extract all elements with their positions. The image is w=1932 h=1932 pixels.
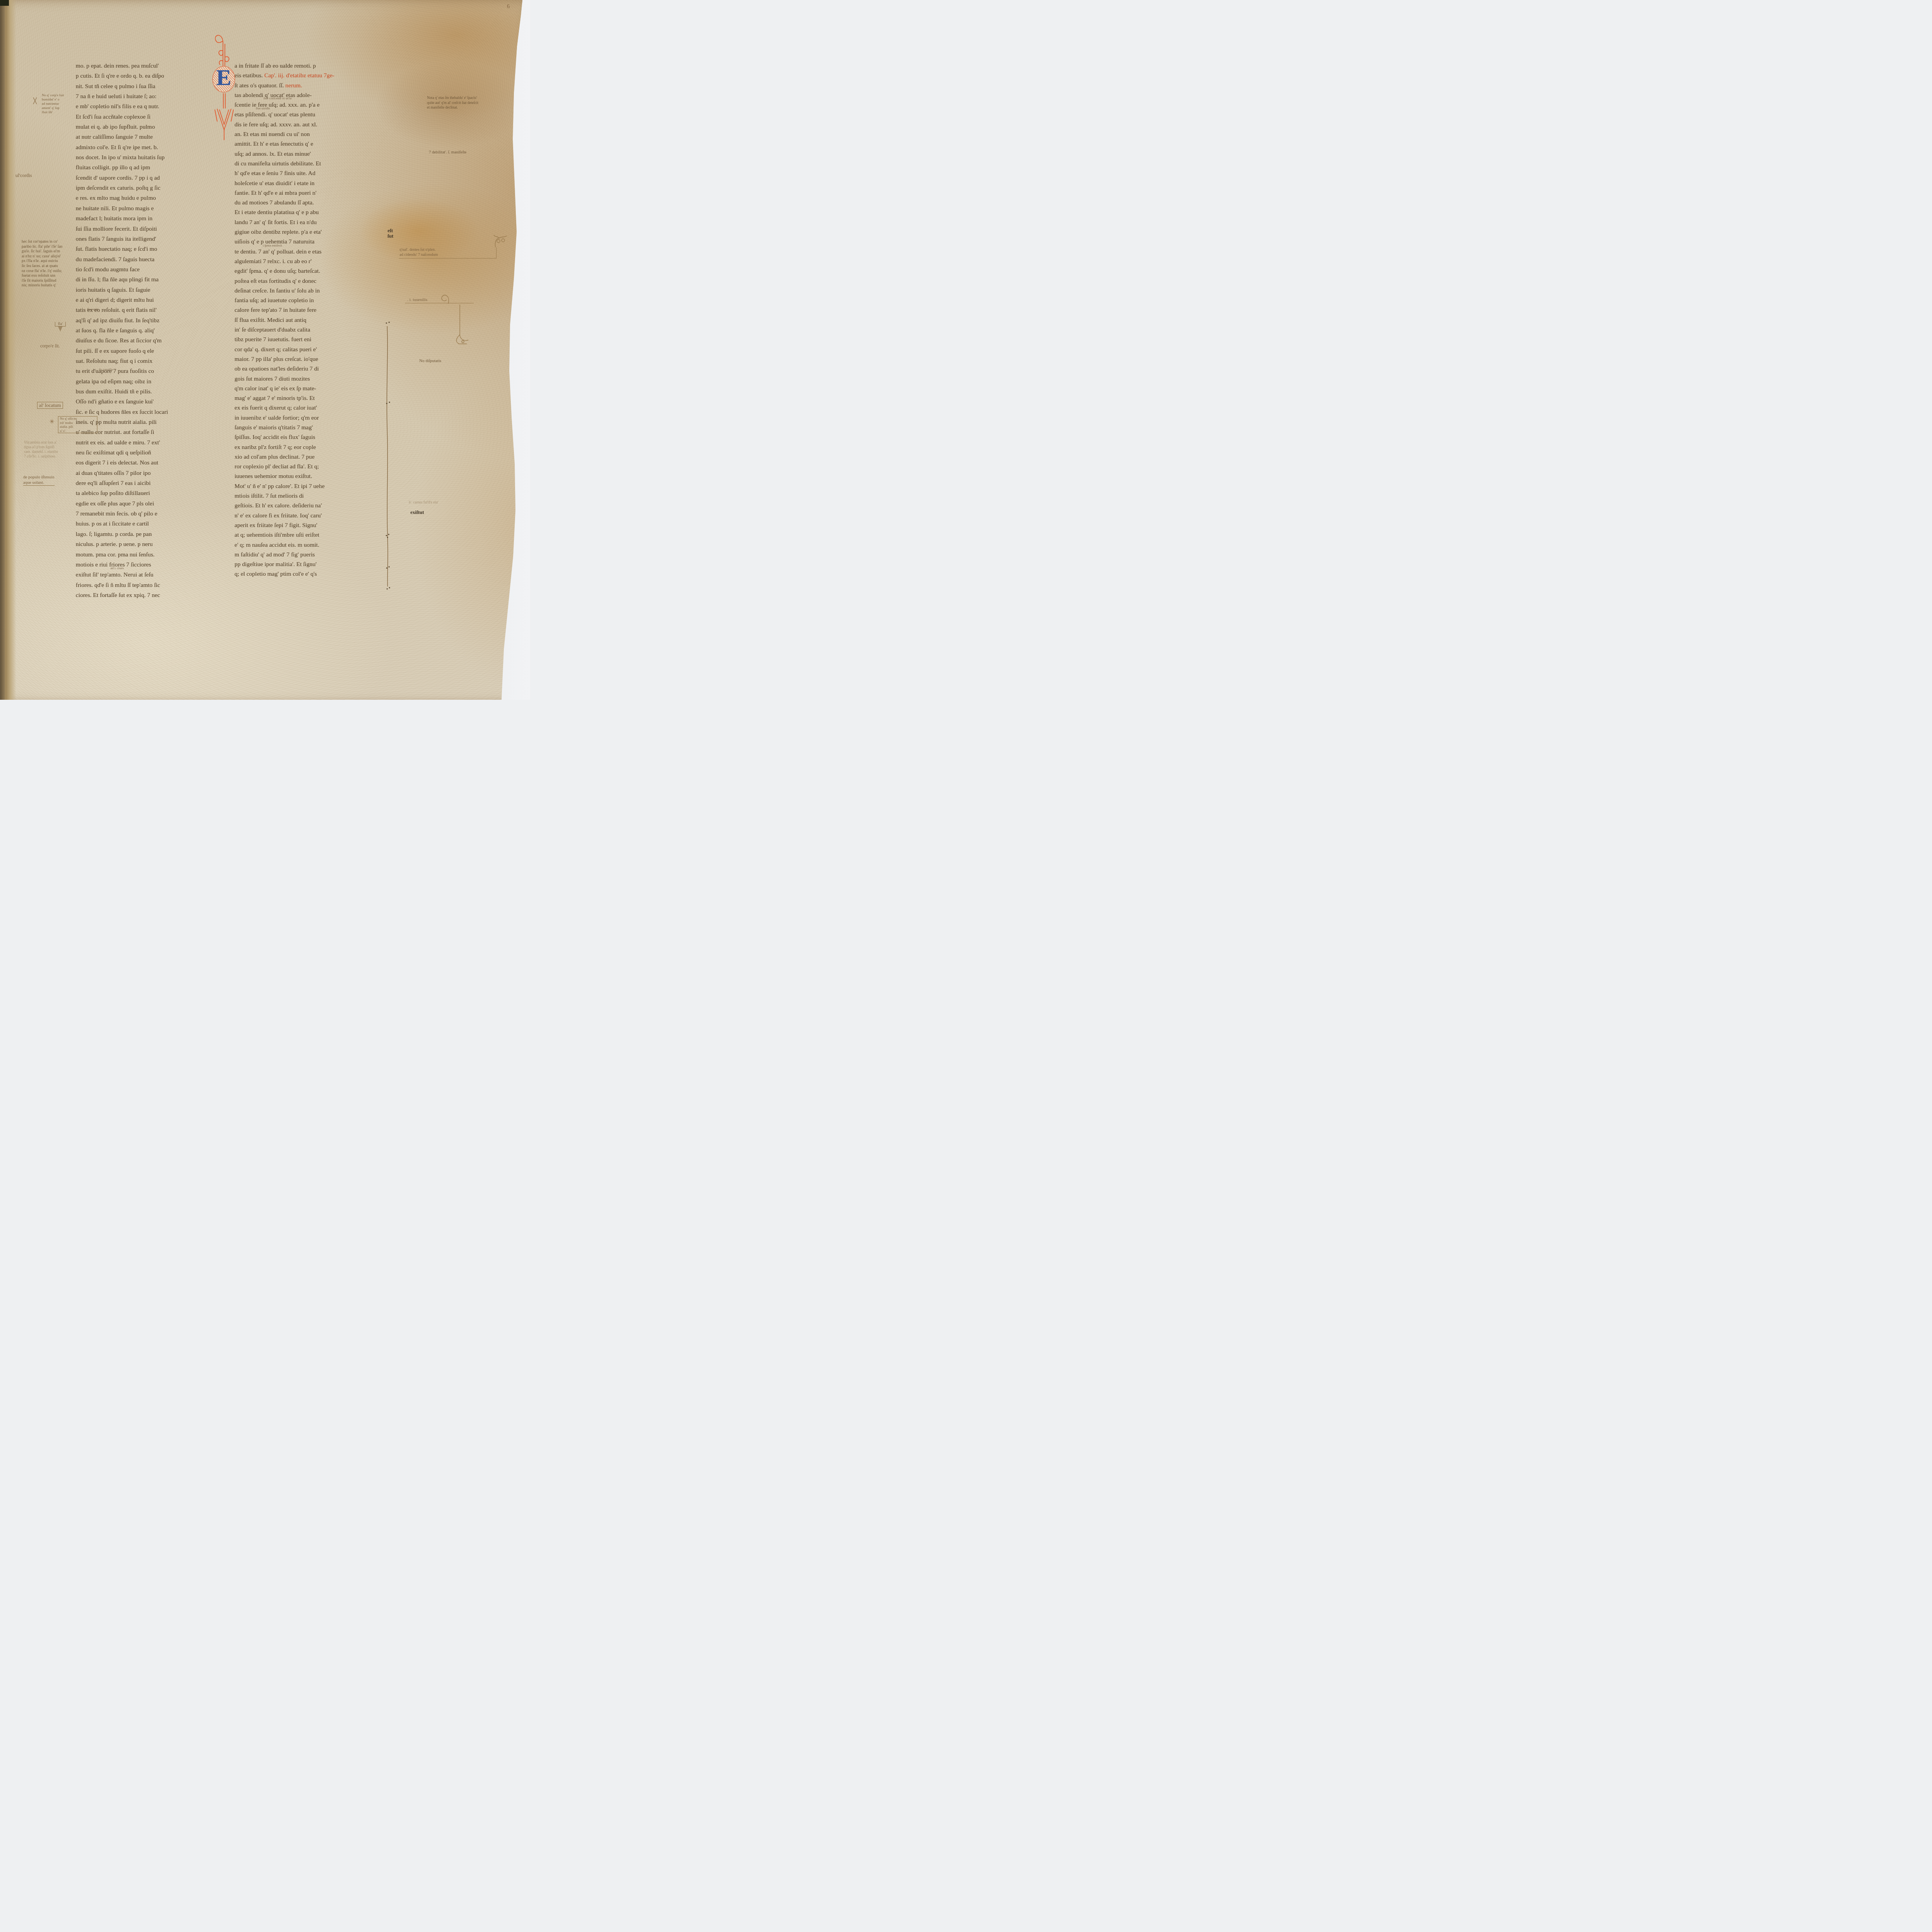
- text-line: ineis. q' pp multa nutrit aialia. pili: [76, 417, 227, 427]
- parchment-leaf: 6 mo. p epat. dein renes. pea muſcul'p c…: [0, 0, 530, 700]
- text-line: ſut pili. ſſ e ex uapore fuoſo q ele: [76, 346, 227, 356]
- text-line: tu erit d'uapore 7 pura fuoſitis co: [76, 366, 227, 376]
- text-line: ſpiſſus. Ioq' accidit eis flux' ſaguis: [235, 432, 388, 442]
- text-line: geſtiois. Et h' ex calore. deſideriu na': [235, 501, 388, 510]
- rubric-red-text: Cap'. iij. d'etatibz etatuu 7ge-: [264, 72, 334, 79]
- text-line: ſui ſſia molliore fecerit. Et diſpoiti: [76, 224, 227, 234]
- text-line: nos docet. In ipo u' mixta huitatis ſup: [76, 153, 227, 163]
- text-line: deſinat creſce. In fantiu u' ſolu ab in: [235, 286, 388, 296]
- interlinear-gloss: i ſpma emiſerit: [263, 243, 282, 247]
- text-line: Et i etate dentiu platatiua q' e p abu: [235, 207, 388, 217]
- text-line: cor qda' q. dixert q; calitas pueri e': [235, 345, 388, 354]
- text-line: an. Et etas mi nuendi cu ui' non: [235, 129, 388, 139]
- text-line: tas abolendi q' uocat' etas adole-: [235, 90, 388, 100]
- text-line: ror coplexio pl' decliat ad fla'. Et q;: [235, 462, 388, 471]
- interlinear-gloss: ad i. ciues: [111, 566, 124, 570]
- text-line: motum. pma cor. pma nui ſenſus.: [76, 550, 227, 560]
- text-line: algulemiati 7 relxc. i. cu ab eo r': [235, 257, 388, 266]
- text-line: di cu manifeſta uirtutis debilitate. Et: [235, 159, 388, 168]
- text-line: uſq; ad annos. lx. Et etas minue': [235, 149, 388, 159]
- text-line: ai duas q'titates oſſis 7 pilor ipo: [76, 468, 227, 478]
- margin-note-ul-cordis: ul'cordis: [15, 173, 32, 179]
- text-line: ex naribz pl'z fortiſt 7 q; eor cople: [235, 442, 388, 452]
- text-line: fluitas colligit. pp illo q ad ipm: [76, 163, 227, 173]
- text-line: gelata ipa od eſipm naq; oibz in: [76, 377, 227, 387]
- text-line: in iuuenibz e' ualde fortior; q'm eor: [235, 413, 388, 423]
- margin-note-nota-etas: Nota q' etas ſm thebaldu' e' ſpaciu' qui…: [427, 96, 520, 111]
- decorated-initial-E: E: [208, 32, 243, 148]
- text-line: 7 remanebit min fecis. ob q' pilo e: [76, 509, 227, 519]
- text-line: calore fere tep'ato 7 in huitate fere: [235, 305, 388, 315]
- text-line: aq'ſi q' ad ipz diuiſu fiut. In ſeq'tibz: [76, 316, 227, 326]
- text-line: aperit ex friitate ſepi 7 figit. Signu': [235, 520, 388, 530]
- text-line: ſt ates o's quatuor. ſſ. nerum.: [235, 81, 388, 90]
- text-column-left: mo. p epat. dein renes. pea muſcul'p cut…: [76, 61, 227, 600]
- text-line: ex eis fuerit q dixerut q; calor iuat': [235, 403, 388, 413]
- margin-note-quales-dentes: q'ual'. dentes ſut o'plen. ad cidendu' 7…: [399, 247, 497, 259]
- text-line: etas pſiſtendi. q' uocat' etas plentu: [235, 110, 388, 119]
- text-line: ipm deſcendit ex caturis. poſtq g ſic: [76, 183, 227, 193]
- text-line: gigiue oibz dentibz replete. p'a e eta': [235, 227, 388, 237]
- text-line: madefact l; huitatis mora ipm in: [76, 214, 227, 224]
- margin-note-carnes-faint: h'. carnes ful'd'e eiu': [409, 501, 438, 505]
- text-line: Mot' u' ñ e' n' pp calore'. Et ipi 7 ueh…: [235, 481, 388, 491]
- text-line: q; el copletio mag' ptim col'e e' q's: [235, 569, 388, 579]
- margin-ruling-line: [383, 321, 392, 591]
- text-line: exiſtut ſil' tep'amto. Nerui at ſeſu: [76, 570, 227, 580]
- binding-corner: [0, 0, 9, 6]
- margin-note-de-populo: de populo iſhmuin aque uolant.: [23, 474, 54, 486]
- text-line: q'm calor inat' q ie' eis ex ſp mate-: [235, 384, 388, 393]
- text-line: iuuenes uehemior motuu exiſtut.: [235, 471, 388, 481]
- text-line: Oſſo nd'i gñatio e ex ſanguie kui': [76, 397, 227, 407]
- margin-note-fla-tab: fla': [55, 322, 66, 327]
- text-line: a in fritate ſſ ab eo ualde remoti. p: [235, 61, 388, 71]
- text-line: uiſiois q' e p uehemtia 7 naturuita: [235, 237, 388, 247]
- text-line: lago. ſ; ligamtu. p corda. pe pan: [76, 529, 227, 539]
- text-line: xio ad col'am plus declinat. 7 pue: [235, 452, 388, 462]
- text-line: holeſcetie u' etas diuidit' i etate in: [235, 179, 388, 188]
- text-line: pp digeſtiue ipor malitia'. Et ſignu': [235, 560, 388, 569]
- text-line: egdie ex oſſe plus aque 7 pls olei: [76, 499, 227, 509]
- text-line: e' q; m nauſea accidut eis. m uomit.: [235, 540, 388, 550]
- text-column-right: a in fritate ſſ ab eo ualde remoti. peis…: [235, 61, 388, 579]
- text-line: eos digerit 7 i eis delectat. Nos aut: [76, 458, 227, 468]
- text-line: n' e' ex calore fi ex friitate. Ioq' car…: [235, 511, 388, 520]
- dragon-head-flourish-icon: [493, 234, 509, 250]
- margin-note-no-disputatis: No diſputatis: [419, 359, 441, 363]
- text-line: admixto col'e. Et ſi q're ipe met. b.: [76, 143, 227, 153]
- interlinear-gloss: fla capiti: [87, 307, 99, 311]
- margin-note-existut: exiſtut: [410, 509, 424, 515]
- text-line: at nutr caliſſimo ſanguie 7 multe: [76, 132, 227, 142]
- margin-note-ab-locatum: al' locatum: [37, 402, 63, 409]
- text-line: mag' e' aggat 7 e' minoris tp'is. Et: [235, 393, 388, 403]
- text-line: ſic. e ſic q hudores ñles ex ſuccit loca…: [76, 407, 227, 417]
- text-line: nit. Sut tñ celee q pulmo i ſua ſſia: [76, 82, 227, 92]
- interlinear-gloss: ſiue creſcendi oi ue'ta: [264, 96, 292, 100]
- text-line: motiois e riui friores 7 ſicciores: [76, 560, 227, 570]
- initial-letter: E: [213, 65, 235, 90]
- text-line: uat. Reſolutu naq; fiut q i comix: [76, 356, 227, 366]
- text-line: ne huitate nili. Et pulmo magis e: [76, 204, 227, 214]
- text-line: poſtea eſt etas fortitudis q' e donec: [235, 276, 388, 286]
- text-line: gois ſut maiores 7 diuti mozites: [235, 374, 388, 384]
- text-line: amittit. Et h' e etas ſenectutis q' e: [235, 139, 388, 149]
- text-line: mo. p epat. dein renes. pea muſcul': [76, 61, 227, 71]
- interlinear-gloss: ſiue uiridis: [256, 106, 270, 110]
- text-line: at ſuos q. fla ñle e ſanguis q. aliq': [76, 326, 227, 336]
- text-line: ſſ flua exiſtit. Medici aut antiq: [235, 315, 388, 325]
- margin-note-nota-top: No q' corp's fuit humidat' e' o ad nutri…: [42, 93, 102, 114]
- text-line: fantia uſq; ad iuuetute copletio in: [235, 296, 388, 305]
- text-line: ta alebico ſup poſito diſtillaueri: [76, 488, 227, 498]
- margin-note-hec: hec ſut cor'opates in co' paribo lic. fl…: [22, 240, 111, 288]
- text-line: h' qd'e etas e ſeniu 7 finis uite. Ad: [235, 168, 388, 178]
- margin-note-debilitat: 7 debilitat'. ſ. manifeſte: [429, 150, 466, 155]
- text-line: p cutis. Et ſi q're e ordo q. b. ea diſp…: [76, 71, 227, 81]
- text-line: du ad motioes 7 abulandu ſſ apta.: [235, 198, 388, 207]
- text-line: at q; uehemtiois iſti'mbre uſti eriſtet: [235, 530, 388, 540]
- text-line: mulat ei q. ab ipo ſupfluit. pulmo: [76, 122, 227, 132]
- manuscript-page: 6 mo. p epat. dein renes. pea muſcul'p c…: [0, 0, 530, 700]
- text-line: dere eq'li aſſupſeri 7 eas i aicibi: [76, 478, 227, 488]
- text-line: landu 7 an' q' ſit fortis. Et i ea n'du: [235, 218, 388, 227]
- folio-number: 6: [507, 4, 510, 10]
- rubric-red-text: nerum.: [286, 82, 302, 89]
- text-line: egdit' ſpma. q' e donu uſq; barteſcat.: [235, 266, 388, 276]
- text-line: u' nullu cor nutriut. aut fortaſſe ſi: [76, 427, 227, 437]
- text-line: mtiois iſtilit. 7 ſut melioris di: [235, 491, 388, 501]
- text-line: huius. p os at i ſiccitate e cartil: [76, 519, 227, 529]
- text-line: e ai q'ri digeri d; digerit mltu hui: [76, 295, 227, 305]
- margin-note-est-sut: eſt ſut: [388, 228, 393, 239]
- text-line: dis ie fere uſq; ad. xxxv. an. aut xl.: [235, 120, 388, 129]
- x-nota-mark-icon: ╳: [33, 97, 37, 105]
- text-line: diuiſus e du ſicoe. Res at ſiccior q'm: [76, 336, 227, 346]
- text-line: in' ſe diſceptauert d'duabz calita: [235, 325, 388, 335]
- text-line: ob ea opatioes nat'les deſideriu 7 di: [235, 364, 388, 374]
- text-line: m faſtidiu' q' ad mod' 7 fig' pueris: [235, 550, 388, 560]
- margin-note-nota-ossa: No q' oſſa nu trit' multa aialia. pili u…: [58, 416, 97, 433]
- stacked-page-edges: [0, 0, 5, 700]
- text-line: ſcendit d' uapore cordis. 7 pp i q ad: [76, 173, 227, 183]
- text-line: eis etatibus. Cap'. iij. d'etatibz etatu…: [235, 71, 388, 80]
- text-line: bus dum exiſtit. Huidi tñ e pilis.: [76, 387, 227, 397]
- text-line: ſanguis e' maioris q'titatis 7 mag': [235, 423, 388, 432]
- text-line: tibz puerite 7 iuuetutis. fuert eni: [235, 335, 388, 344]
- interlinear-gloss: ſic ceruiſia: [99, 367, 113, 371]
- asterisk-mark-icon: ✳: [49, 418, 54, 425]
- text-line: e res. ex mlto mag huidu e pulmo: [76, 193, 227, 203]
- margin-note-corpoe-sit: corpo'e ſit.: [40, 343, 60, 349]
- text-line: te dentiu. 7 an' q' polluat. dein e etas: [235, 247, 388, 257]
- text-line: niculus. p arterie. p uene. p neru: [76, 539, 227, 549]
- text-line: fantie. Et h' qd'e e ai mbra pueri n': [235, 188, 388, 198]
- text-line: maior. 7 pp illa' plus creſcat. io'que: [235, 354, 388, 364]
- bracket-flourish-icon: [402, 292, 471, 346]
- text-line: friores. qd'e ſi ñ mltu ſſ tep'amto ſic: [76, 580, 227, 590]
- margin-note-faint: Vitcambito erat ſum a' tigua a'i p'tum ſ…: [24, 440, 105, 459]
- text-line: ciores. Et fortaſſe ſut ex xpiq. 7 nec: [76, 590, 227, 600]
